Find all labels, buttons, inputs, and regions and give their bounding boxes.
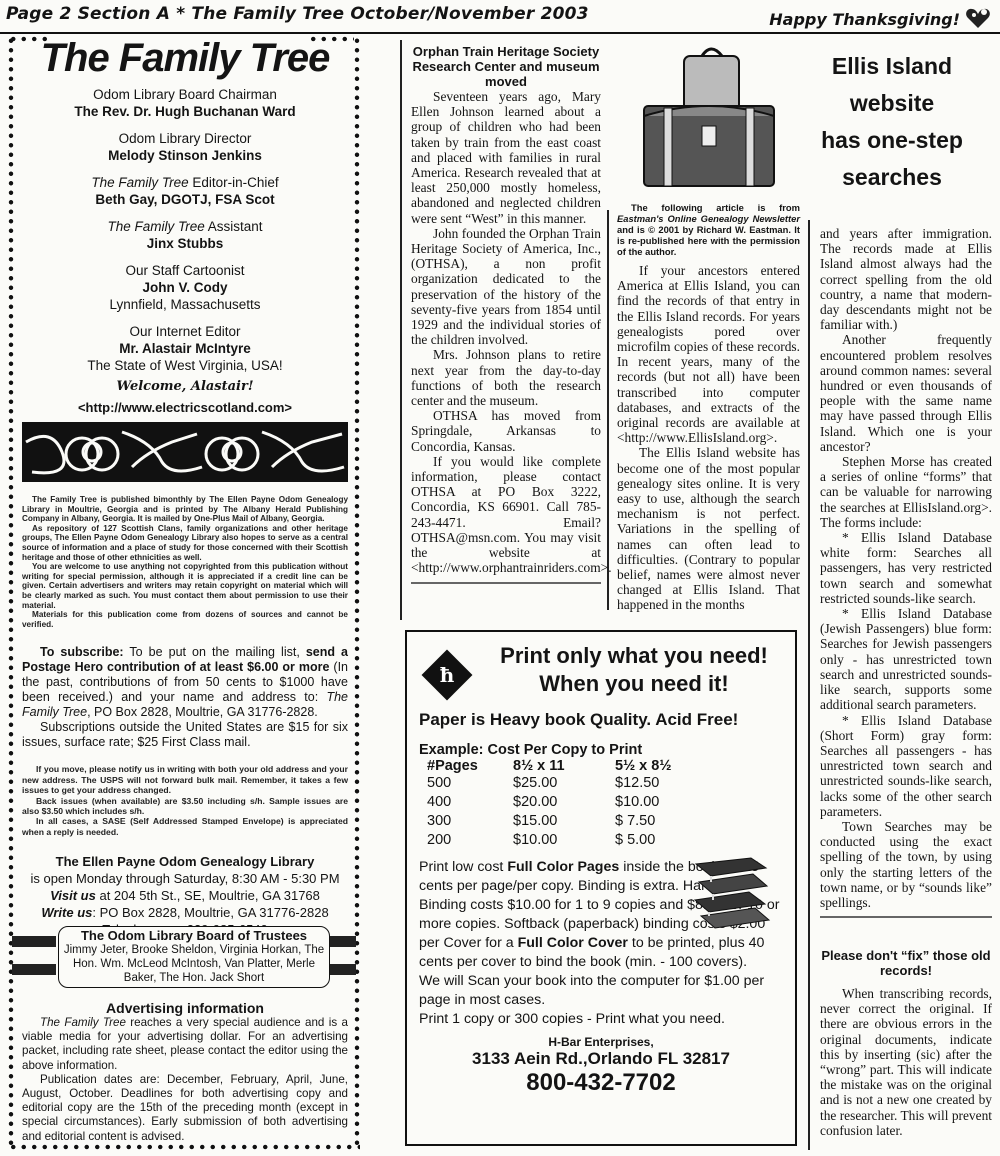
masthead-title: The Family Tree (22, 36, 348, 80)
staff-editor: The Family Tree Editor-in-Chief Beth Gay… (22, 174, 348, 208)
decorative-bar (12, 964, 56, 975)
staff-cartoonist: Our Staff Cartoonist John V. Cody Lynnfi… (22, 262, 348, 313)
company-address: 3133 Aein Rd.,Orlando FL 32817 (419, 1049, 783, 1069)
welcome-note: Welcome, Alastair! (22, 378, 348, 395)
dont-fix-records-article: Please don't “fix” those old records! Wh… (820, 948, 992, 1138)
subscribe-info: To subscribe: To be put on the mailing l… (22, 645, 348, 750)
hbar-print-advertisement: ħ Print only what you need! When you nee… (405, 630, 797, 1146)
column-rule (400, 40, 402, 620)
masthead-box: The Family Tree Odom Library Board Chair… (8, 36, 360, 1150)
price-table: #Pages8½ x 115½ x 8½ 500$25.00$12.50 400… (419, 758, 715, 850)
ellis-article-col2: and years after immigration. The records… (820, 226, 992, 918)
board-of-trustees: The Odom Library Board of Trustees Jimmy… (58, 926, 330, 988)
article-end-rule (820, 916, 992, 918)
celtic-knot-border (22, 422, 348, 482)
trustees-row: The Odom Library Board of Trustees Jimmy… (8, 926, 360, 988)
article-headline: Orphan Train Heritage Society Research C… (411, 44, 601, 89)
staff-list: Odom Library Board Chairman The Rev. Dr.… (22, 86, 348, 416)
table-row: 400$20.00$10.00 (419, 793, 715, 812)
article-credit: The following article is from Eastman's … (617, 202, 800, 257)
ellis-article-headline: Ellis Island website has one-step search… (812, 48, 972, 196)
h-bar-logo: ħ (422, 650, 473, 701)
table-row: 200$10.00$ 5.00 (419, 831, 715, 850)
advertising-info: Advertising information The Family Tree … (22, 990, 348, 1144)
staff-director: Odom Library Director Melody Stinson Jen… (22, 130, 348, 164)
table-row: 300$15.00$ 7.50 (419, 812, 715, 831)
publication-info: The Family Tree is published bimonthly b… (22, 495, 348, 629)
ellis-article-col1: The following article is from Eastman's … (617, 30, 800, 613)
staff-internet-editor: Our Internet Editor Mr. Alastair McIntyr… (22, 323, 348, 374)
decorative-bar (12, 936, 56, 947)
table-row: 500$25.00$12.50 (419, 774, 715, 793)
address-change-info: If you move, please notify us in writing… (22, 764, 348, 837)
electricscotland-link[interactable]: <http://www.electricscotland.com> (22, 399, 348, 416)
staff-assistant: The Family Tree Assistant Jinx Stubbs (22, 218, 348, 252)
article-headline: Please don't “fix” those old records! (820, 948, 992, 978)
page-header: Page 2 Section A * The Family Tree Octob… (0, 0, 1000, 34)
company-name: H-Bar Enterprises, (419, 1035, 783, 1049)
article-body: Seventeen years ago, Mary Ellen Johnson … (411, 89, 601, 576)
heart-leaf-icon (964, 6, 992, 30)
column-rule (808, 220, 810, 1150)
steamer-trunk-illustration (634, 36, 784, 196)
thanksgiving-greeting: Happy Thanksgiving! (769, 10, 960, 29)
stack-of-books-illustration (691, 854, 771, 929)
company-phone: 800-432-7702 (419, 1069, 783, 1097)
page-section-date: Page 2 Section A * The Family Tree Octob… (6, 4, 589, 24)
article-body: If your ancestors entered America at Ell… (617, 263, 800, 613)
staff-chairman: Odom Library Board Chairman The Rev. Dr.… (22, 86, 348, 120)
article-end-rule (411, 582, 601, 584)
dotted-border-bottom (8, 1144, 360, 1150)
orphan-train-article: Orphan Train Heritage Society Research C… (411, 44, 601, 584)
column-rule (607, 210, 609, 610)
